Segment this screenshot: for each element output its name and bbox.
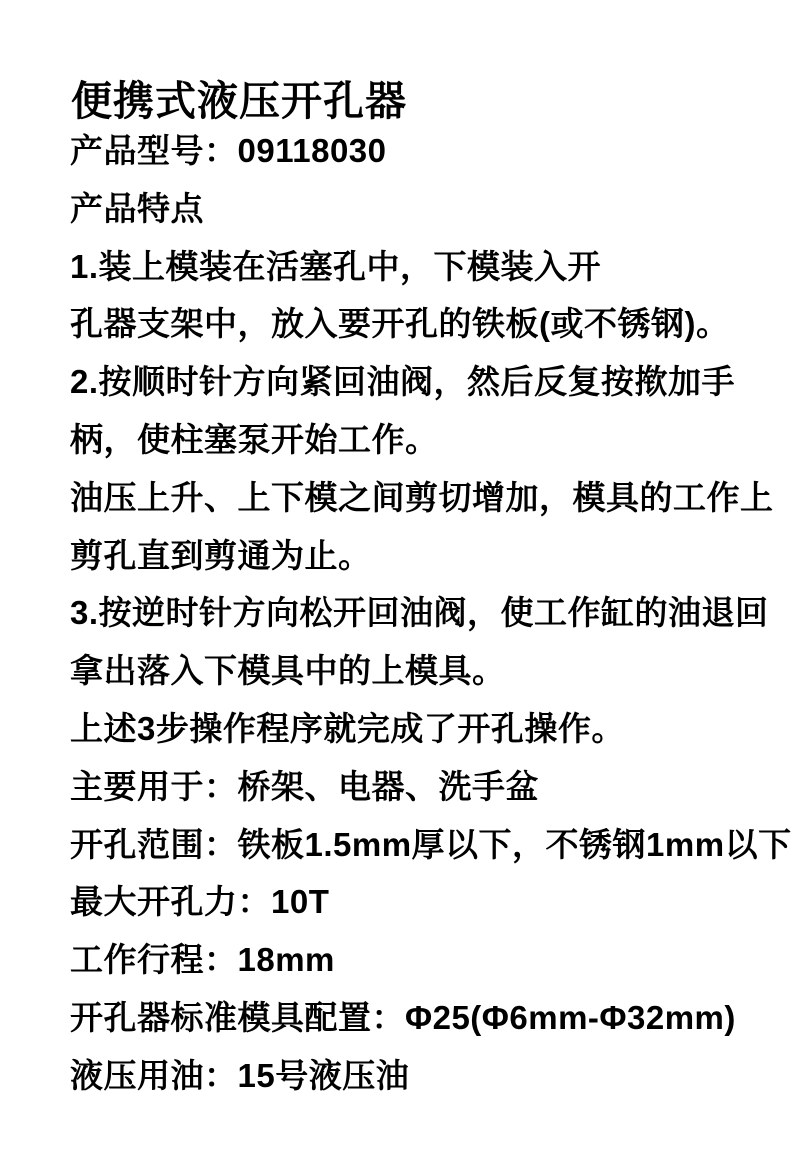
text-line: 上述3步操作程序就完成了开孔操作。	[70, 700, 796, 758]
product-features-heading: 产品特点	[70, 180, 796, 238]
product-model-line: 产品型号：09118030	[70, 122, 796, 180]
main-uses-line: 主要用于：桥架、电器、洗手盆	[70, 758, 796, 816]
text-line: 2.按顺时针方向紧回油阀，然后反复按揿加手	[70, 353, 796, 411]
text-line: 柄，使柱塞泵开始工作。	[70, 411, 796, 469]
text-line: 3.按逆时针方向松开回油阀，使工作缸的油退回	[70, 584, 796, 642]
product-description-page: 便携式液压开孔器 产品型号：09118030 产品特点 1.装上模装在活塞孔中，…	[0, 0, 800, 1161]
text-line: 孔器支架中，放入要开孔的铁板(或不锈钢)。	[70, 295, 796, 353]
text-line: 剪孔直到剪通为止。	[70, 527, 796, 585]
text-line: 拿出落入下模具中的上模具。	[70, 642, 796, 700]
hydraulic-oil-line: 液压用油：15号液压油	[70, 1047, 796, 1105]
hole-range-line: 开孔范围：铁板1.5mm厚以下，不锈钢1mm以下	[70, 816, 796, 874]
die-config-line: 开孔器标准模具配置：Φ25(Φ6mm-Φ32mm)	[70, 989, 796, 1047]
product-description-body: 产品型号：09118030 产品特点 1.装上模装在活塞孔中，下模装入开 孔器支…	[70, 122, 796, 1105]
page-title: 便携式液压开孔器	[71, 68, 407, 127]
text-line: 1.装上模装在活塞孔中，下模装入开	[70, 238, 796, 296]
max-force-line: 最大开孔力：10T	[70, 873, 796, 931]
text-line: 油压上升、上下模之间剪切增加，模具的工作上	[70, 469, 796, 527]
working-stroke-line: 工作行程：18mm	[70, 931, 796, 989]
